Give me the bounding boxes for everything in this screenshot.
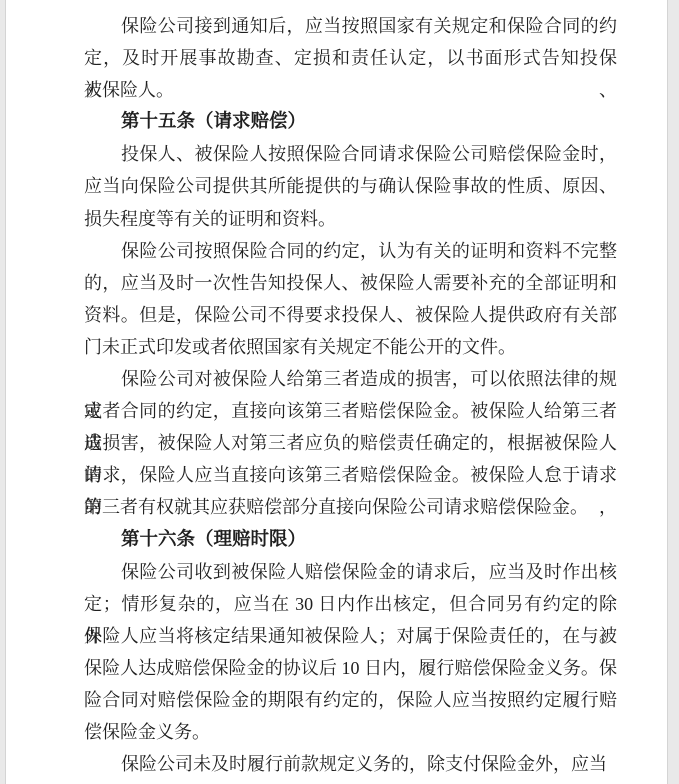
text-line: 定；情形复杂的，应当在 30 日内作出核定，但合同另有约定的除外。	[84, 588, 617, 620]
text-line: 偿保险金义务。	[84, 716, 617, 748]
text-line: 门未正式印发或者依照国家有关规定不能公开的文件。	[84, 331, 617, 363]
text-line: 投保人、被保险人按照保险合同请求保险公司赔偿保险金时，	[84, 138, 617, 170]
text-line: 应当向保险公司提供其所能提供的与确认保险事故的性质、原因、	[84, 170, 617, 202]
text-line: 保险公司对被保险人给第三者造成的损害，可以依照法律的规定	[84, 363, 617, 395]
text-line: 的，应当及时一次性告知投保人、被保险人需要补充的全部证明和	[84, 267, 617, 299]
text-line: 保险人应当将核定结果通知被保险人；对属于保险责任的，在与被	[84, 620, 617, 652]
text-line: 或者合同的约定，直接向该第三者赔偿保险金。被保险人给第三者造	[84, 395, 617, 427]
text-line: 保险公司未及时履行前款规定义务的，除支付保险金外，应当	[84, 748, 617, 780]
text-line: 险合同对赔偿保险金的期限有约定的，保险人应当按照约定履行赔	[84, 684, 617, 716]
text-line: 保险公司接到通知后，应当按照国家有关规定和保险合同的约	[84, 10, 617, 42]
text-line: 定，及时开展事故勘查、定损和责任认定，以书面形式告知投保人、	[84, 42, 617, 74]
document-text-block: 保险公司接到通知后，应当按照国家有关规定和保险合同的约定，及时开展事故勘查、定损…	[84, 10, 617, 780]
text-line: 请求，保险人应当直接向该第三者赔偿保险金。被保险人怠于请求的，	[84, 459, 617, 491]
viewer-gutter-right	[668, 0, 679, 784]
text-line: 资料。但是，保险公司不得要求投保人、被保险人提供政府有关部	[84, 299, 617, 331]
section-heading: 第十五条（请求赔偿）	[84, 106, 617, 138]
section-heading: 第十六条（理赔时限）	[84, 524, 617, 556]
text-line: 保险人达成赔偿保险金的协议后 10 日内，履行赔偿保险金义务。保	[84, 652, 617, 684]
text-line: 损失程度等有关的证明和资料。	[84, 203, 617, 235]
document-viewer: 保险公司接到通知后，应当按照国家有关规定和保险合同的约定，及时开展事故勘查、定损…	[0, 0, 679, 784]
document-sheet: 保险公司接到通知后，应当按照国家有关规定和保险合同的约定，及时开展事故勘查、定损…	[5, 0, 668, 784]
text-line: 第三者有权就其应获赔偿部分直接向保险公司请求赔偿保险金。	[84, 491, 617, 523]
text-line: 保险公司按照保险合同的约定，认为有关的证明和资料不完整	[84, 235, 617, 267]
text-line: 成损害，被保险人对第三者应负的赔偿责任确定的，根据被保险人的	[84, 427, 617, 459]
text-line: 保险公司收到被保险人赔偿保险金的请求后，应当及时作出核	[84, 556, 617, 588]
